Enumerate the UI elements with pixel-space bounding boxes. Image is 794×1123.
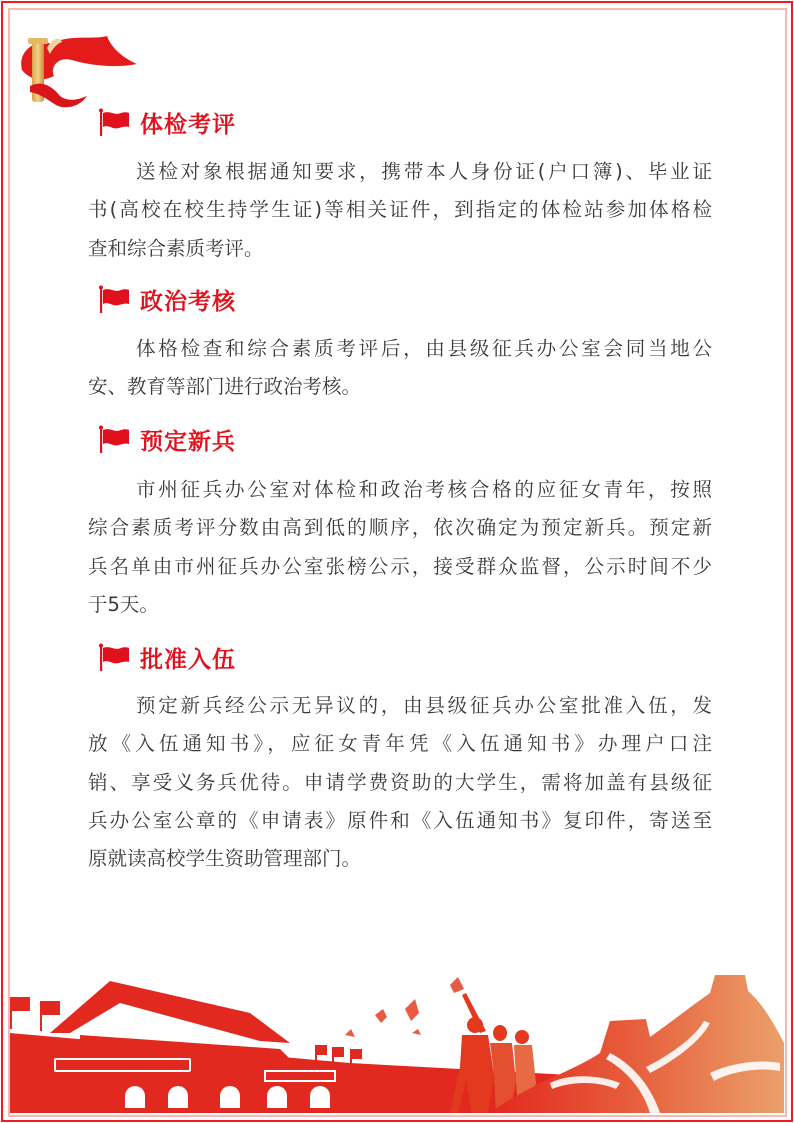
body-line: 兵名单由市州征兵办公室张榜公示，接受群众监督，公示时间不少 xyxy=(88,548,712,586)
body-line: 体格检查和综合素质考评后，由县级征兵办公室会同当地公 xyxy=(88,330,712,368)
red-flag-icon xyxy=(98,285,130,313)
body-line: 兵办公室公章的《申请表》原件和《入伍通知书》复印件，寄送至 xyxy=(88,802,712,840)
ribbon-column-icon xyxy=(12,30,142,110)
section-body: 送检对象根据通知要求，携带本人身份证(户口簿)、毕业证 书(高校在校生持学生证)… xyxy=(88,153,712,268)
body-line: 市州征兵办公室对体检和政治考核合格的应征女青年，按照 xyxy=(88,471,712,509)
body-line: 查和综合素质考评。 xyxy=(88,230,712,268)
red-flag-icon xyxy=(98,643,130,671)
section-heading: 体检考评 xyxy=(98,107,236,137)
red-flag-icon xyxy=(98,425,130,453)
doves-icon xyxy=(345,977,464,1037)
section-title: 批准入伍 xyxy=(140,641,236,674)
section-title: 预定新兵 xyxy=(140,423,236,456)
body-line: 销、享受义务兵优待。申请学费资助的大学生，需将加盖有县级征 xyxy=(88,764,712,802)
great-wall xyxy=(490,975,784,1113)
section-body: 预定新兵经公示无异议的，由县级征兵办公室批准入伍，发 放《入伍通知书》，应征女青… xyxy=(88,687,712,878)
red-flag-icon xyxy=(98,108,130,136)
section-heading: 政治考核 xyxy=(98,284,236,314)
body-line: 送检对象根据通知要求，携带本人身份证(户口簿)、毕业证 xyxy=(88,153,712,191)
body-line: 放《入伍通知书》，应征女青年凭《入伍通知书》办理户口注 xyxy=(88,725,712,763)
section-body: 体格检查和综合素质考评后，由县级征兵办公室会同当地公 安、教育等部门进行政治考核… xyxy=(88,330,712,407)
body-line: 预定新兵经公示无异议的，由县级征兵办公室批准入伍，发 xyxy=(88,687,712,725)
body-line: 于5天。 xyxy=(88,586,712,624)
body-line: 安、教育等部门进行政治考核。 xyxy=(88,368,712,406)
section-heading: 预定新兵 xyxy=(98,424,236,454)
section-title: 体检考评 xyxy=(140,106,236,139)
body-line: 原就读高校学生资助管理部门。 xyxy=(88,840,712,878)
body-line: 书(高校在校生持学生证)等相关证件，到指定的体检站参加体格检 xyxy=(88,191,712,229)
section-heading: 批准入伍 xyxy=(98,642,236,672)
tiananmen-great-wall-illustration xyxy=(10,963,784,1113)
body-line: 综合素质考评分数由高到低的顺序，依次确定为预定新兵。预定新 xyxy=(88,509,712,547)
section-body: 市州征兵办公室对体检和政治考核合格的应征女青年，按照 综合素质考评分数由高到低的… xyxy=(88,471,712,624)
section-title: 政治考核 xyxy=(140,283,236,316)
